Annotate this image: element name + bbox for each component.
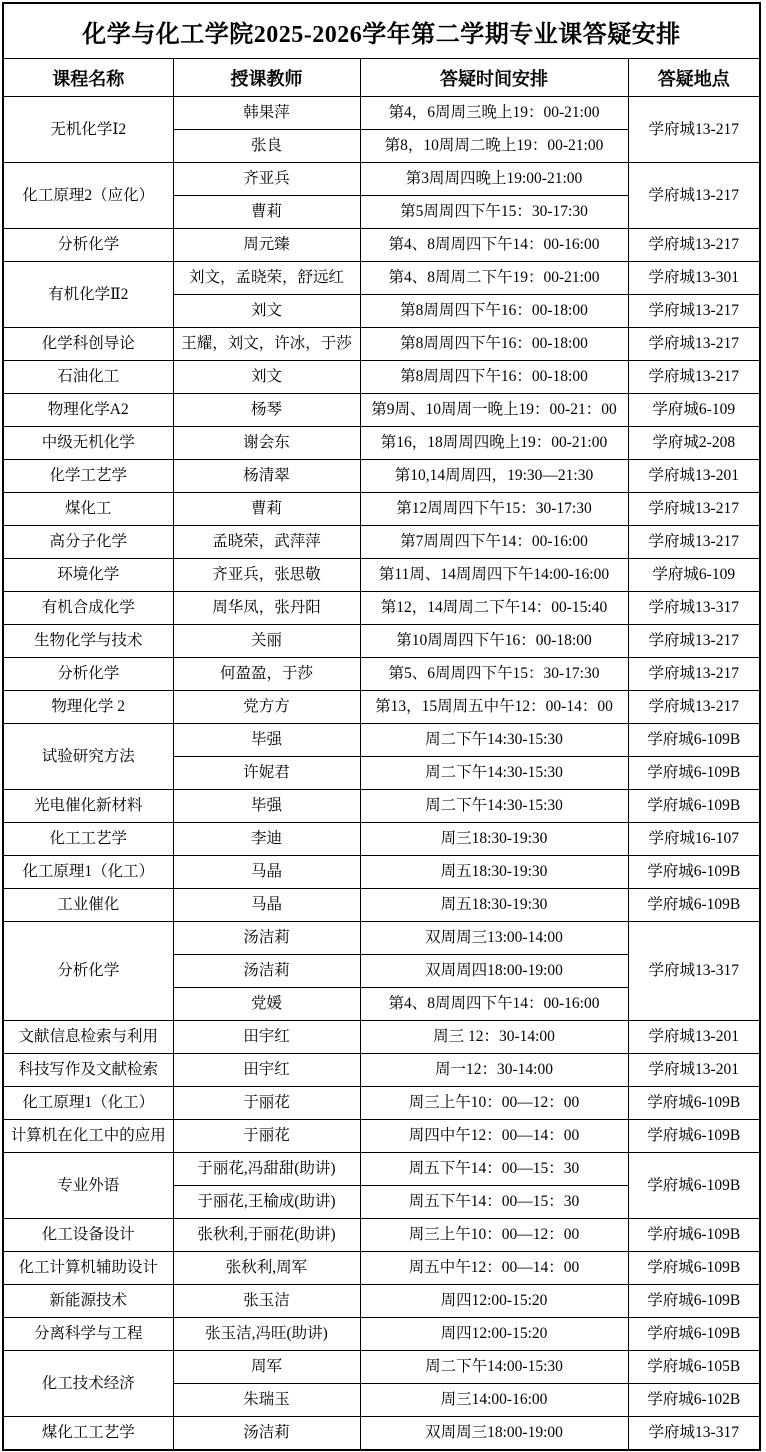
teacher-cell: 马晶 bbox=[173, 856, 360, 889]
time-cell: 第5、6周周四下午15：30-17:30 bbox=[360, 658, 628, 691]
course-cell: 光电催化新材料 bbox=[3, 790, 173, 823]
table-row: 新能源技术张玉洁周四12:00-15:20学府城6-109B bbox=[3, 1285, 760, 1318]
table-row: 工业催化马晶周五18:30-19:30学府城6-109B bbox=[3, 889, 760, 922]
location-cell: 学府城6-109B bbox=[628, 1153, 760, 1219]
time-cell: 周五下午14：00—15：30 bbox=[360, 1186, 628, 1219]
teacher-cell: 于丽花 bbox=[173, 1120, 360, 1153]
teacher-cell: 毕强 bbox=[173, 724, 360, 757]
time-cell: 第10周周四下午16：00-18:00 bbox=[360, 625, 628, 658]
course-cell: 高分子化学 bbox=[3, 526, 173, 559]
time-cell: 周二下午14:30-15:30 bbox=[360, 724, 628, 757]
teacher-cell: 孟晓荣，武萍萍 bbox=[173, 526, 360, 559]
time-cell: 第11周、14周周四下午14:00-16:00 bbox=[360, 559, 628, 592]
teacher-cell: 刘文 bbox=[173, 361, 360, 394]
teacher-cell: 杨琴 bbox=[173, 394, 360, 427]
course-cell: 试验研究方法 bbox=[3, 724, 173, 790]
course-cell: 煤化工工艺学 bbox=[3, 1417, 173, 1451]
teacher-cell: 韩果萍 bbox=[173, 97, 360, 130]
location-cell: 学府城6-109 bbox=[628, 559, 760, 592]
course-cell: 化工计算机辅助设计 bbox=[3, 1252, 173, 1285]
location-cell: 学府城6-109B bbox=[628, 889, 760, 922]
course-cell: 化学科创导论 bbox=[3, 328, 173, 361]
time-cell: 第4，6周周三晚上19：00-21:00 bbox=[360, 97, 628, 130]
time-cell: 第4、8周周二下午19：00-21:00 bbox=[360, 262, 628, 295]
time-cell: 周四中午12：00—14：00 bbox=[360, 1120, 628, 1153]
table-row: 中级无机化学谢会东第16，18周周四晚上19：00-21:00学府城2-208 bbox=[3, 427, 760, 460]
teacher-cell: 田宇红 bbox=[173, 1054, 360, 1087]
time-cell: 第16，18周周四晚上19：00-21:00 bbox=[360, 427, 628, 460]
course-cell: 有机合成化学 bbox=[3, 592, 173, 625]
time-cell: 第4、8周周四下午14：00-16:00 bbox=[360, 229, 628, 262]
time-cell: 第4、8周周四下午14：00-16:00 bbox=[360, 988, 628, 1021]
teacher-cell: 齐亚兵 bbox=[173, 163, 360, 196]
teacher-cell: 张玉洁,冯旺(助讲) bbox=[173, 1318, 360, 1351]
table-row: 生物化学与技术关丽第10周周四下午16：00-18:00学府城13-217 bbox=[3, 625, 760, 658]
table-row: 分析化学周元臻第4、8周周四下午14：00-16:00学府城13-217 bbox=[3, 229, 760, 262]
time-cell: 第8，10周周二晚上19：00-21:00 bbox=[360, 130, 628, 163]
teacher-cell: 田宇红 bbox=[173, 1021, 360, 1054]
teacher-cell: 党方方 bbox=[173, 691, 360, 724]
col-header-time-schedule: 答疑时间安排 bbox=[360, 59, 628, 97]
time-cell: 周三 12：30-14:00 bbox=[360, 1021, 628, 1054]
course-cell: 分析化学 bbox=[3, 658, 173, 691]
course-cell: 有机化学Ⅱ2 bbox=[3, 262, 173, 328]
teacher-cell: 汤洁莉 bbox=[173, 955, 360, 988]
location-cell: 学府城13-217 bbox=[628, 493, 760, 526]
location-cell: 学府城6-109B bbox=[628, 1120, 760, 1153]
location-cell: 学府城13-217 bbox=[628, 691, 760, 724]
table-row: 分析化学汤洁莉双周周三13:00-14:00学府城13-317 bbox=[3, 922, 760, 955]
location-cell: 学府城13-301 bbox=[628, 262, 760, 295]
time-cell: 双周周三18:00-19:00 bbox=[360, 1417, 628, 1451]
location-cell: 学府城13-217 bbox=[628, 295, 760, 328]
course-cell: 计算机在化工中的应用 bbox=[3, 1120, 173, 1153]
teacher-cell: 于丽花 bbox=[173, 1087, 360, 1120]
schedule-table-body: 无机化学Ⅰ2韩果萍第4，6周周三晚上19：00-21:00学府城13-217张良… bbox=[3, 97, 760, 1451]
table-row: 分离科学与工程张玉洁,冯旺(助讲)周四12:00-15:20学府城6-109B bbox=[3, 1318, 760, 1351]
time-cell: 周三上午10：00—12：00 bbox=[360, 1087, 628, 1120]
teacher-cell: 谢会东 bbox=[173, 427, 360, 460]
course-cell: 化工工艺学 bbox=[3, 823, 173, 856]
teacher-cell: 朱瑞玉 bbox=[173, 1384, 360, 1417]
time-cell: 双周周三13:00-14:00 bbox=[360, 922, 628, 955]
location-cell: 学府城6-102B bbox=[628, 1384, 760, 1417]
course-cell: 分析化学 bbox=[3, 229, 173, 262]
table-row: 煤化工工艺学汤洁莉双周周三18:00-19:00学府城13-317 bbox=[3, 1417, 760, 1451]
time-cell: 第12周周四下午15：30-17:30 bbox=[360, 493, 628, 526]
col-header-course-name: 课程名称 bbox=[3, 59, 173, 97]
teacher-cell: 曹莉 bbox=[173, 493, 360, 526]
teacher-cell: 汤洁莉 bbox=[173, 1417, 360, 1451]
table-row: 光电催化新材料毕强周二下午14:30-15:30学府城6-109B bbox=[3, 790, 760, 823]
time-cell: 双周周四18:00-19:00 bbox=[360, 955, 628, 988]
time-cell: 第9周、10周周一晚上19：00-21：00 bbox=[360, 394, 628, 427]
time-cell: 周五中午12：00—14：00 bbox=[360, 1252, 628, 1285]
teacher-cell: 党媛 bbox=[173, 988, 360, 1021]
table-row: 化学工艺学杨清翠第10,14周周四，19:30—21:30学府城13-201 bbox=[3, 460, 760, 493]
course-cell: 中级无机化学 bbox=[3, 427, 173, 460]
location-cell: 学府城13-201 bbox=[628, 460, 760, 493]
table-row: 物理化学A2杨琴第9周、10周周一晚上19：00-21：00学府城6-109 bbox=[3, 394, 760, 427]
table-row: 高分子化学孟晓荣，武萍萍第7周周四下午14：00-16:00学府城13-217 bbox=[3, 526, 760, 559]
course-cell: 化工技术经济 bbox=[3, 1351, 173, 1417]
location-cell: 学府城6-109B bbox=[628, 757, 760, 790]
course-cell: 文献信息检索与利用 bbox=[3, 1021, 173, 1054]
location-cell: 学府城13-317 bbox=[628, 592, 760, 625]
course-cell: 化学工艺学 bbox=[3, 460, 173, 493]
table-row: 科技写作及文献检索田宇红周一12：30-14:00学府城13-201 bbox=[3, 1054, 760, 1087]
table-row: 化工原理2（应化）齐亚兵第3周周四晚上19:00-21:00学府城13-217 bbox=[3, 163, 760, 196]
course-cell: 环境化学 bbox=[3, 559, 173, 592]
time-cell: 第5周周四下午15：30-17:30 bbox=[360, 196, 628, 229]
location-cell: 学府城16-107 bbox=[628, 823, 760, 856]
table-row: 化工工艺学李迪周三18:30-19:30学府城16-107 bbox=[3, 823, 760, 856]
course-cell: 分离科学与工程 bbox=[3, 1318, 173, 1351]
location-cell: 学府城6-109B bbox=[628, 856, 760, 889]
location-cell: 学府城6-105B bbox=[628, 1351, 760, 1384]
location-cell: 学府城13-217 bbox=[628, 163, 760, 229]
header-row: 课程名称 授课教师 答疑时间安排 答疑地点 bbox=[3, 59, 760, 97]
teacher-cell: 马晶 bbox=[173, 889, 360, 922]
time-cell: 周三18:30-19:30 bbox=[360, 823, 628, 856]
table-row: 无机化学Ⅰ2韩果萍第4，6周周三晚上19：00-21:00学府城13-217 bbox=[3, 97, 760, 130]
table-row: 环境化学齐亚兵，张思敬第11周、14周周四下午14:00-16:00学府城6-1… bbox=[3, 559, 760, 592]
course-cell: 物理化学A2 bbox=[3, 394, 173, 427]
course-cell: 化工原理1（化工） bbox=[3, 856, 173, 889]
table-row: 专业外语于丽花,冯甜甜(助讲)周五下午14：00—15：30学府城6-109B bbox=[3, 1153, 760, 1186]
table-row: 煤化工曹莉第12周周四下午15：30-17:30学府城13-217 bbox=[3, 493, 760, 526]
time-cell: 周二下午14:30-15:30 bbox=[360, 790, 628, 823]
teacher-cell: 许妮君 bbox=[173, 757, 360, 790]
time-cell: 周四12:00-15:20 bbox=[360, 1285, 628, 1318]
table-row: 有机合成化学周华凤，张丹阳第12，14周周二下午14：00-15:40学府城13… bbox=[3, 592, 760, 625]
table-row: 计算机在化工中的应用于丽花周四中午12：00—14：00学府城6-109B bbox=[3, 1120, 760, 1153]
course-cell: 化工设备设计 bbox=[3, 1219, 173, 1252]
course-cell: 物理化学 2 bbox=[3, 691, 173, 724]
location-cell: 学府城13-201 bbox=[628, 1021, 760, 1054]
location-cell: 学府城13-217 bbox=[628, 526, 760, 559]
time-cell: 第8周周四下午16：00-18:00 bbox=[360, 361, 628, 394]
teacher-cell: 张秋利,周军 bbox=[173, 1252, 360, 1285]
location-cell: 学府城6-109B bbox=[628, 1219, 760, 1252]
course-cell: 化工原理2（应化） bbox=[3, 163, 173, 229]
course-cell: 煤化工 bbox=[3, 493, 173, 526]
table-row: 试验研究方法毕强周二下午14:30-15:30学府城6-109B bbox=[3, 724, 760, 757]
time-cell: 第8周周四下午16：00-18:00 bbox=[360, 328, 628, 361]
time-cell: 第12，14周周二下午14：00-15:40 bbox=[360, 592, 628, 625]
time-cell: 第7周周四下午14：00-16:00 bbox=[360, 526, 628, 559]
location-cell: 学府城13-217 bbox=[628, 229, 760, 262]
teacher-cell: 李迪 bbox=[173, 823, 360, 856]
time-cell: 周三上午10：00—12：00 bbox=[360, 1219, 628, 1252]
table-row: 化学科创导论王耀，刘文，许冰，于莎第8周周四下午16：00-18:00学府城13… bbox=[3, 328, 760, 361]
teacher-cell: 齐亚兵，张思敬 bbox=[173, 559, 360, 592]
time-cell: 周四12:00-15:20 bbox=[360, 1318, 628, 1351]
teacher-cell: 毕强 bbox=[173, 790, 360, 823]
time-cell: 第3周周四晚上19:00-21:00 bbox=[360, 163, 628, 196]
teacher-cell: 关丽 bbox=[173, 625, 360, 658]
table-row: 物理化学 2党方方第13，15周周五中午12：00-14：00学府城13-217 bbox=[3, 691, 760, 724]
location-cell: 学府城13-217 bbox=[628, 97, 760, 163]
teacher-cell: 张秋利,于丽花(助讲) bbox=[173, 1219, 360, 1252]
teacher-cell: 张玉洁 bbox=[173, 1285, 360, 1318]
location-cell: 学府城13-217 bbox=[628, 658, 760, 691]
course-cell: 新能源技术 bbox=[3, 1285, 173, 1318]
col-header-location: 答疑地点 bbox=[628, 59, 760, 97]
table-row: 分析化学何盈盈，于莎第5、6周周四下午15：30-17:30学府城13-217 bbox=[3, 658, 760, 691]
teacher-cell: 张良 bbox=[173, 130, 360, 163]
table-row: 化工技术经济周军周二下午14:00-15:30学府城6-105B bbox=[3, 1351, 760, 1384]
schedule-table: 化学与化工学院2025-2026学年第二学期专业课答疑安排 课程名称 授课教师 … bbox=[2, 2, 761, 1451]
teacher-cell: 曹莉 bbox=[173, 196, 360, 229]
course-cell: 工业催化 bbox=[3, 889, 173, 922]
time-cell: 周五18:30-19:30 bbox=[360, 889, 628, 922]
teacher-cell: 周华凤，张丹阳 bbox=[173, 592, 360, 625]
course-cell: 专业外语 bbox=[3, 1153, 173, 1219]
location-cell: 学府城13-217 bbox=[628, 328, 760, 361]
location-cell: 学府城13-201 bbox=[628, 1054, 760, 1087]
teacher-cell: 何盈盈，于莎 bbox=[173, 658, 360, 691]
time-cell: 周二下午14:30-15:30 bbox=[360, 757, 628, 790]
time-cell: 周五下午14：00—15：30 bbox=[360, 1153, 628, 1186]
location-cell: 学府城6-109B bbox=[628, 1318, 760, 1351]
table-row: 化工计算机辅助设计张秋利,周军周五中午12：00—14：00学府城6-109B bbox=[3, 1252, 760, 1285]
time-cell: 第10,14周周四，19:30—21:30 bbox=[360, 460, 628, 493]
location-cell: 学府城2-208 bbox=[628, 427, 760, 460]
location-cell: 学府城6-109B bbox=[628, 724, 760, 757]
time-cell: 第13，15周周五中午12：00-14：00 bbox=[360, 691, 628, 724]
time-cell: 第8周周四下午16：00-18:00 bbox=[360, 295, 628, 328]
location-cell: 学府城6-109 bbox=[628, 394, 760, 427]
teacher-cell: 刘文，孟晓荣，舒远红 bbox=[173, 262, 360, 295]
course-cell: 科技写作及文献检索 bbox=[3, 1054, 173, 1087]
location-cell: 学府城6-109B bbox=[628, 790, 760, 823]
time-cell: 周一12：30-14:00 bbox=[360, 1054, 628, 1087]
location-cell: 学府城6-109B bbox=[628, 1285, 760, 1318]
teacher-cell: 王耀，刘文，许冰，于莎 bbox=[173, 328, 360, 361]
course-cell: 分析化学 bbox=[3, 922, 173, 1021]
course-cell: 无机化学Ⅰ2 bbox=[3, 97, 173, 163]
title-row: 化学与化工学院2025-2026学年第二学期专业课答疑安排 bbox=[3, 3, 760, 59]
table-row: 化工设备设计张秋利,于丽花(助讲)周三上午10：00—12：00学府城6-109… bbox=[3, 1219, 760, 1252]
location-cell: 学府城13-317 bbox=[628, 922, 760, 1021]
time-cell: 周五18:30-19:30 bbox=[360, 856, 628, 889]
table-row: 文献信息检索与利用田宇红周三 12：30-14:00学府城13-201 bbox=[3, 1021, 760, 1054]
location-cell: 学府城13-217 bbox=[628, 361, 760, 394]
table-row: 化工原理1（化工）于丽花周三上午10：00—12：00学府城6-109B bbox=[3, 1087, 760, 1120]
col-header-teacher: 授课教师 bbox=[173, 59, 360, 97]
teacher-cell: 于丽花,冯甜甜(助讲) bbox=[173, 1153, 360, 1186]
page-title: 化学与化工学院2025-2026学年第二学期专业课答疑安排 bbox=[3, 3, 760, 59]
teacher-cell: 杨清翠 bbox=[173, 460, 360, 493]
teacher-cell: 周军 bbox=[173, 1351, 360, 1384]
course-cell: 生物化学与技术 bbox=[3, 625, 173, 658]
teacher-cell: 周元臻 bbox=[173, 229, 360, 262]
teacher-cell: 汤洁莉 bbox=[173, 922, 360, 955]
table-row: 化工原理1（化工）马晶周五18:30-19:30学府城6-109B bbox=[3, 856, 760, 889]
location-cell: 学府城6-109B bbox=[628, 1087, 760, 1120]
teacher-cell: 刘文 bbox=[173, 295, 360, 328]
time-cell: 周三14:00-16:00 bbox=[360, 1384, 628, 1417]
location-cell: 学府城6-109B bbox=[628, 1252, 760, 1285]
table-row: 石油化工刘文第8周周四下午16：00-18:00学府城13-217 bbox=[3, 361, 760, 394]
location-cell: 学府城13-217 bbox=[628, 625, 760, 658]
course-cell: 石油化工 bbox=[3, 361, 173, 394]
time-cell: 周二下午14:00-15:30 bbox=[360, 1351, 628, 1384]
location-cell: 学府城13-317 bbox=[628, 1417, 760, 1451]
table-row: 有机化学Ⅱ2刘文，孟晓荣，舒远红第4、8周周二下午19：00-21:00学府城1… bbox=[3, 262, 760, 295]
teacher-cell: 于丽花,王榆成(助讲) bbox=[173, 1186, 360, 1219]
course-cell: 化工原理1（化工） bbox=[3, 1087, 173, 1120]
